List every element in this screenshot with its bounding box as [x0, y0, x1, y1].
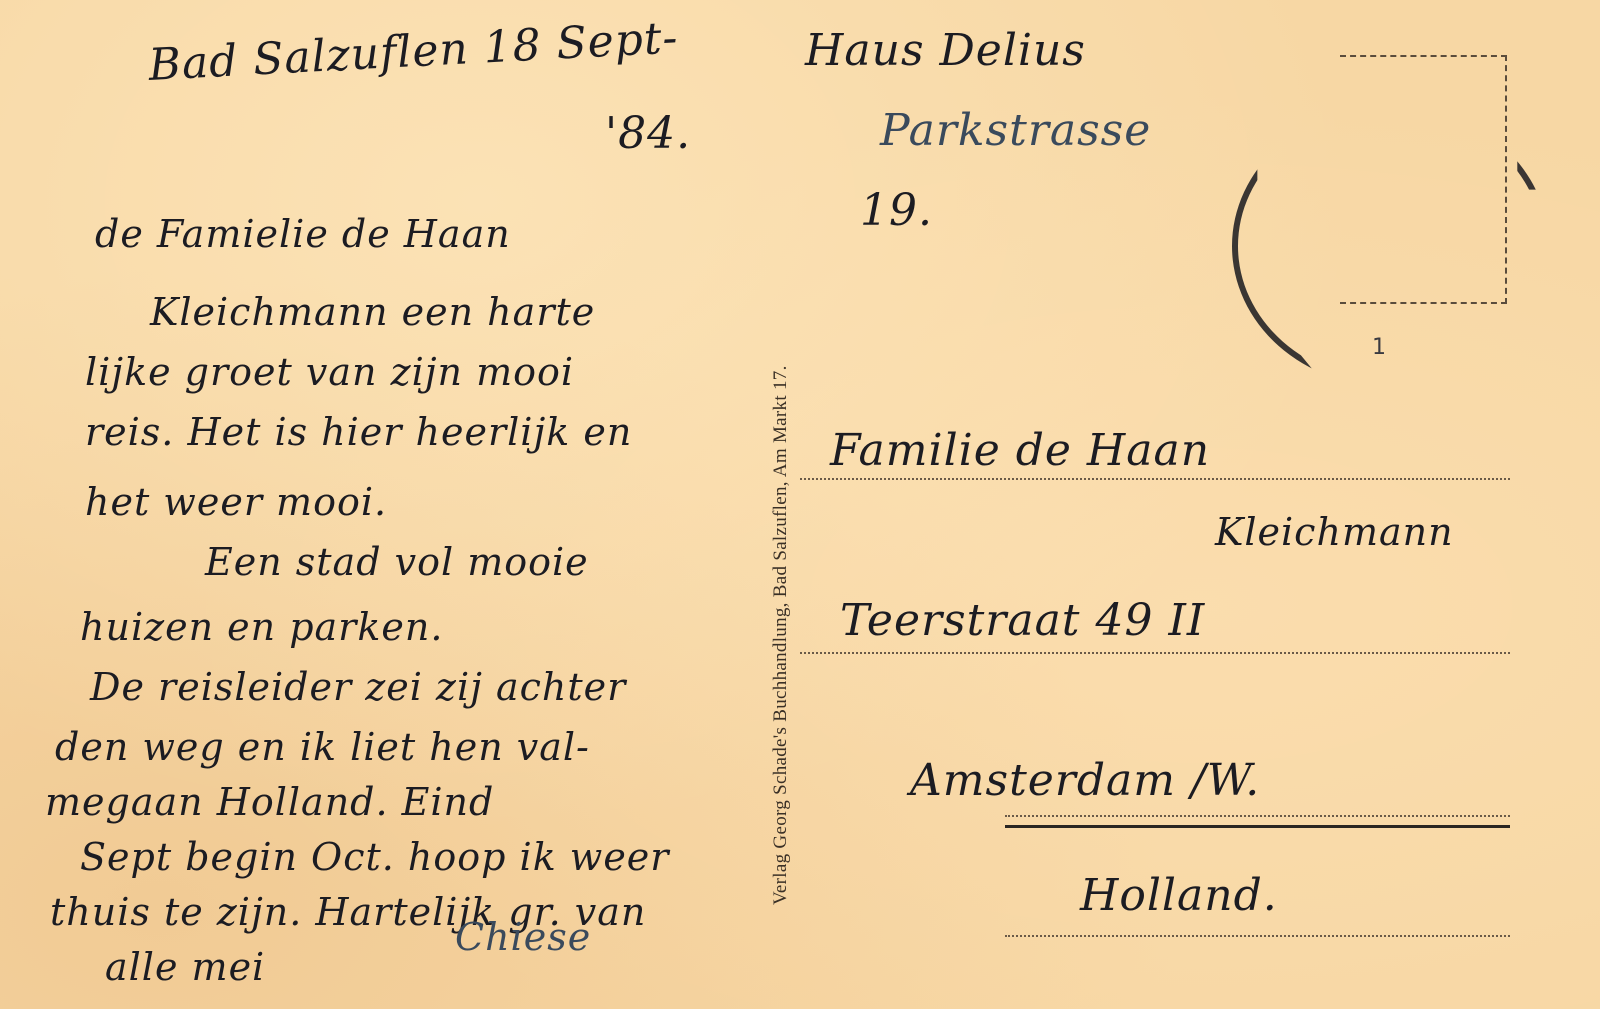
recipient-line-3: Teerstraat 49 II [840, 595, 1205, 646]
message-line: huizen en parken. [80, 605, 443, 649]
postmark-text: 1 [1372, 335, 1386, 360]
message-line: alle mei [105, 945, 265, 989]
signature: Chiese [455, 915, 591, 959]
address-rule [800, 652, 1510, 654]
date-line: Bad Salzuflen 18 Sept- [147, 12, 679, 91]
message-line: megaan Holland. Eind [45, 780, 494, 824]
address-rule [1005, 815, 1510, 817]
year-line: '84. [605, 108, 691, 159]
message-line: Sept begin Oct. hoop ik weer [80, 835, 669, 879]
sender-street: Parkstrasse [880, 105, 1151, 156]
message-line: den weg en ik liet hen val- [55, 725, 590, 769]
message-line: reis. Het is hier heerlijk en [85, 410, 632, 454]
sender-name: Haus Delius [805, 25, 1086, 76]
recipient-line-1: Familie de Haan [830, 425, 1210, 476]
address-rule [800, 478, 1510, 480]
message-line: Kleichmann een harte [150, 290, 595, 334]
address-underline [1005, 825, 1510, 828]
postcard-back: Bad Salzuflen 18 Sept- '84. de Famielie … [0, 0, 1600, 1009]
message-line: De reisleider zei zij achter [90, 665, 626, 709]
message-line: lijke groet van zijn mooi [85, 350, 574, 394]
message-line: de Famielie de Haan [95, 212, 511, 256]
recipient-line-5: Holland. [1080, 870, 1278, 921]
stamp-box [1340, 55, 1507, 304]
recipient-line-2: Kleichmann [1215, 510, 1454, 554]
message-line: het weer mooi. [85, 480, 387, 524]
sender-number: 19. [860, 185, 933, 236]
recipient-line-4: Amsterdam /W. [910, 755, 1260, 806]
publisher-imprint: Verlag Georg Schade's Buchhandlung, Bad … [770, 365, 792, 905]
message-line: Een stad vol mooie [205, 540, 589, 584]
address-rule [1005, 935, 1510, 937]
